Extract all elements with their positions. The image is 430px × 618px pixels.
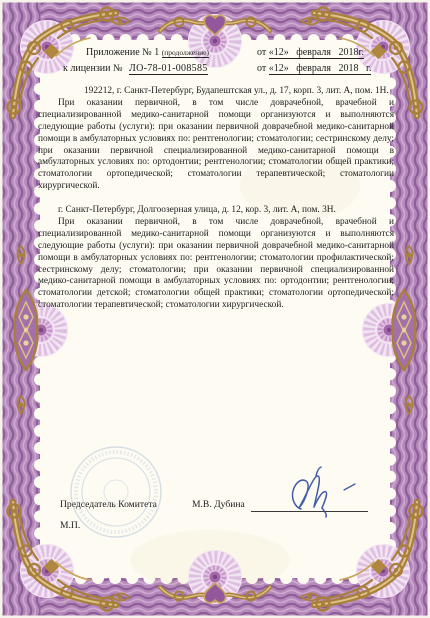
appendix-title: Приложение № 1 [86,47,159,58]
license-number: ЛО-78-01-008585 [129,63,208,75]
seal-place-mark: М.П. [60,520,80,531]
appendix-block: Приложение № 1 (продолжение) к лицензии … [63,45,253,77]
facility-address-2: г. Санкт-Петербург, Долгоозерная улица, … [38,205,394,217]
signature-line [251,511,368,512]
date-from-label-2: от [257,63,266,74]
date-value-2: «12» февраля 2018 г. [269,63,372,75]
license-document-page: Приложение № 1 (продолжение) к лицензии … [0,0,430,618]
official-stamp [71,447,161,537]
date-value-1: «12» февраля 2018г. [269,47,364,59]
handwritten-signature [292,467,355,517]
date-block: от «12» февраля 2018г. от «12» февраля 2… [257,45,407,77]
document-body: 192212, г. Санкт-Петербург, Будапештская… [38,86,394,312]
facility-address-1: 192212, г. Санкт-Петербург, Будапештская… [38,86,394,98]
signer-name: М.В. Дубина [192,499,245,510]
date-from-label-1: от [257,47,266,58]
works-paragraph-2: При оказании первичной, в том числе довр… [38,217,394,312]
signer-title: Председатель Комитета [60,499,157,510]
appendix-note: (продолжение) [162,48,209,58]
works-paragraph-1: При оказании первичной, в том числе довр… [38,98,394,193]
license-label: к лицензии № [63,63,123,74]
